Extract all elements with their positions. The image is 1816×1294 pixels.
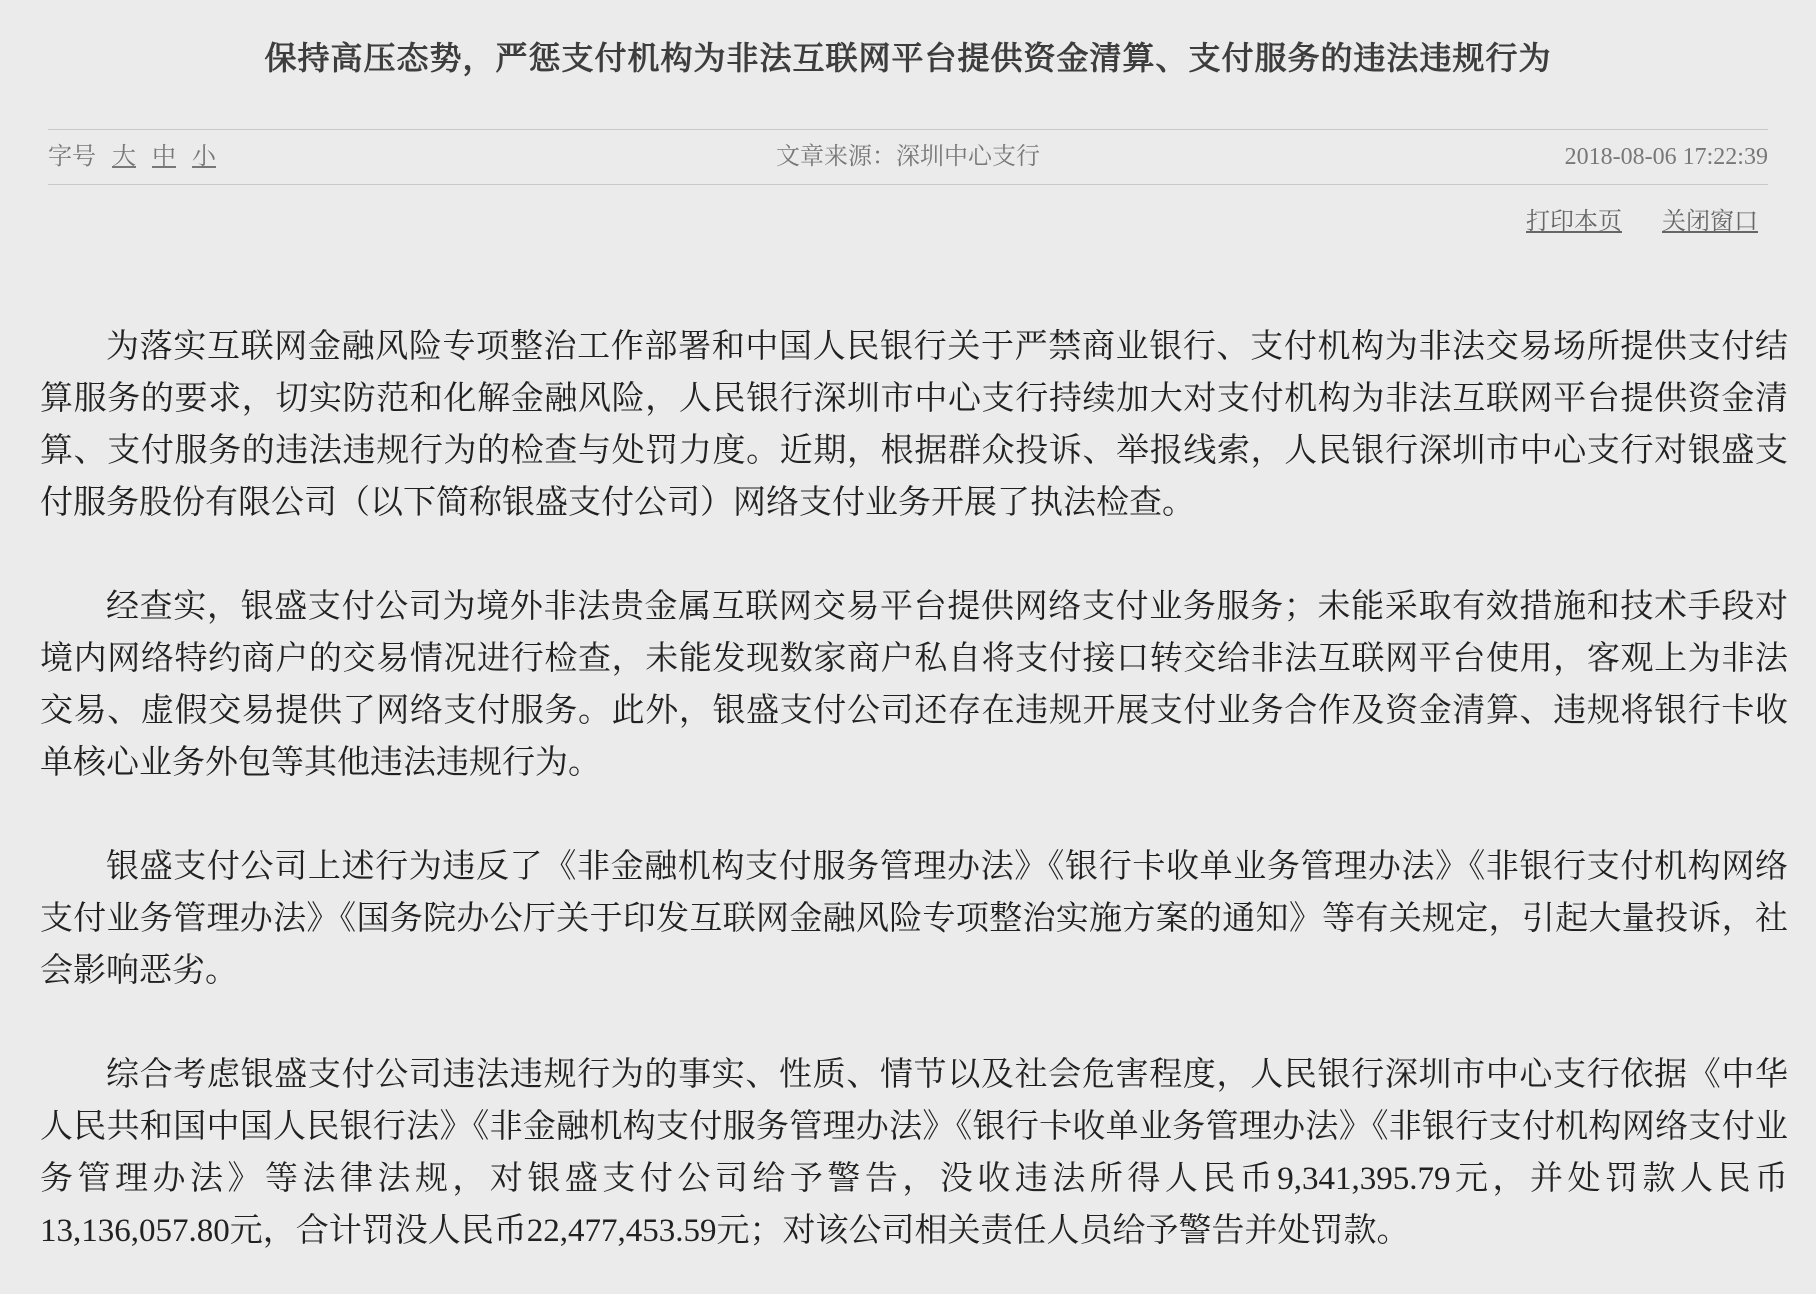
meta-bar: 字号 大 中 小 文章来源：深圳中心支行 2018-08-06 17:22:39 [48,129,1768,185]
article-page: 保持高压态势，严惩支付机构为非法互联网平台提供资金清算、支付服务的违法违规行为 … [0,0,1816,1294]
font-size-label: 字号 [48,144,96,170]
font-size-large-link[interactable]: 大 [112,144,136,170]
paragraph-1: 为落实互联网金融风险专项整治工作部署和中国人民银行关于严禁商业银行、支付机构为非… [40,321,1788,529]
page-title: 保持高压态势，严惩支付机构为非法互联网平台提供资金清算、支付服务的违法违规行为 [0,0,1816,81]
font-size-controls: 字号 大 中 小 [48,143,554,171]
article-body: 为落实互联网金融风险专项整治工作部署和中国人民银行关于严禁商业银行、支付机构为非… [40,321,1788,1257]
article-source: 文章来源：深圳中心支行 [554,143,1262,171]
page-actions: 打印本页 关闭窗口 [48,207,1758,237]
print-page-link[interactable]: 打印本页 [1526,209,1622,235]
font-size-small-link[interactable]: 小 [192,144,216,170]
source-value: 深圳中心支行 [896,144,1040,170]
publish-timestamp: 2018-08-06 17:22:39 [1262,143,1768,171]
paragraph-2: 经查实，银盛支付公司为境外非法贵金属互联网交易平台提供网络支付业务服务；未能采取… [40,581,1788,789]
font-size-medium-link[interactable]: 中 [152,144,176,170]
paragraph-3: 银盛支付公司上述行为违反了《非金融机构支付服务管理办法》《银行卡收单业务管理办法… [40,841,1788,997]
source-label: 文章来源： [776,144,896,170]
paragraph-4: 综合考虑银盛支付公司违法违规行为的事实、性质、情节以及社会危害程度，人民银行深圳… [40,1049,1788,1257]
close-window-link[interactable]: 关闭窗口 [1662,209,1758,235]
